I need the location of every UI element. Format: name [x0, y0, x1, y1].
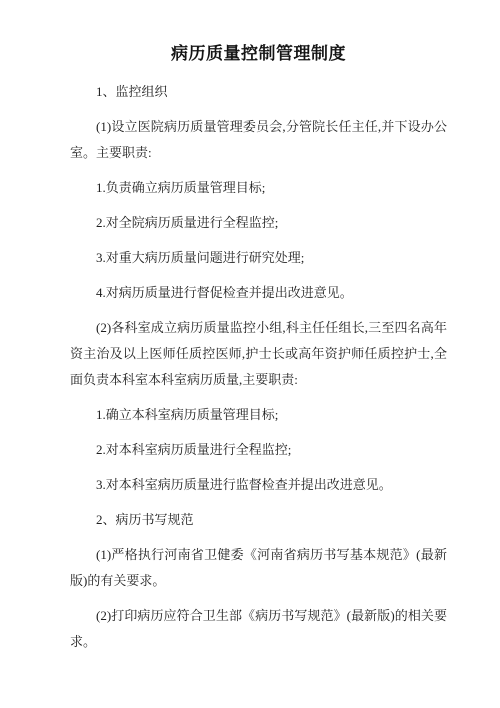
paragraph-department-groups: (2)各科室成立病历质量监控小组,科主任任组长,三至四名高年资主治及以上医师任质…: [70, 315, 447, 393]
section-heading-monitoring-org: 1、监控组织: [70, 79, 447, 105]
document-page: 病历质量控制管理制度 1、监控组织 (1)设立医院病历质量管理委员会,分管院长任…: [0, 0, 500, 708]
list-item-dept-duty-1: 1.确立本科室病历质量管理目标;: [70, 402, 447, 428]
paragraph-printed-record-standard: (2)打印病历应符合卫生部《病历书写规范》(最新版)的相关要求。: [70, 603, 447, 655]
paragraph-committee-setup: (1)设立医院病历质量管理委员会,分管院长任主任,并下设办公室。主要职责:: [70, 114, 447, 166]
list-item-duty-4: 4.对病历质量进行督促检查并提出改进意见。: [70, 280, 447, 306]
list-item-duty-1: 1.负责确立病历质量管理目标;: [70, 175, 447, 201]
document-title: 病历质量控制管理制度: [70, 42, 447, 66]
paragraph-provincial-standard: (1)严格执行河南省卫健委《河南省病历书写基本规范》(最新版)的有关要求。: [70, 542, 447, 594]
section-heading-writing-standards: 2、病历书写规范: [70, 507, 447, 533]
list-item-duty-3: 3.对重大病历质量问题进行研究处理;: [70, 245, 447, 271]
list-item-dept-duty-3: 3.对本科室病历质量进行监督检查并提出改进意见。: [70, 472, 447, 498]
list-item-duty-2: 2.对全院病历质量进行全程监控;: [70, 210, 447, 236]
list-item-dept-duty-2: 2.对本科室病历质量进行全程监控;: [70, 437, 447, 463]
